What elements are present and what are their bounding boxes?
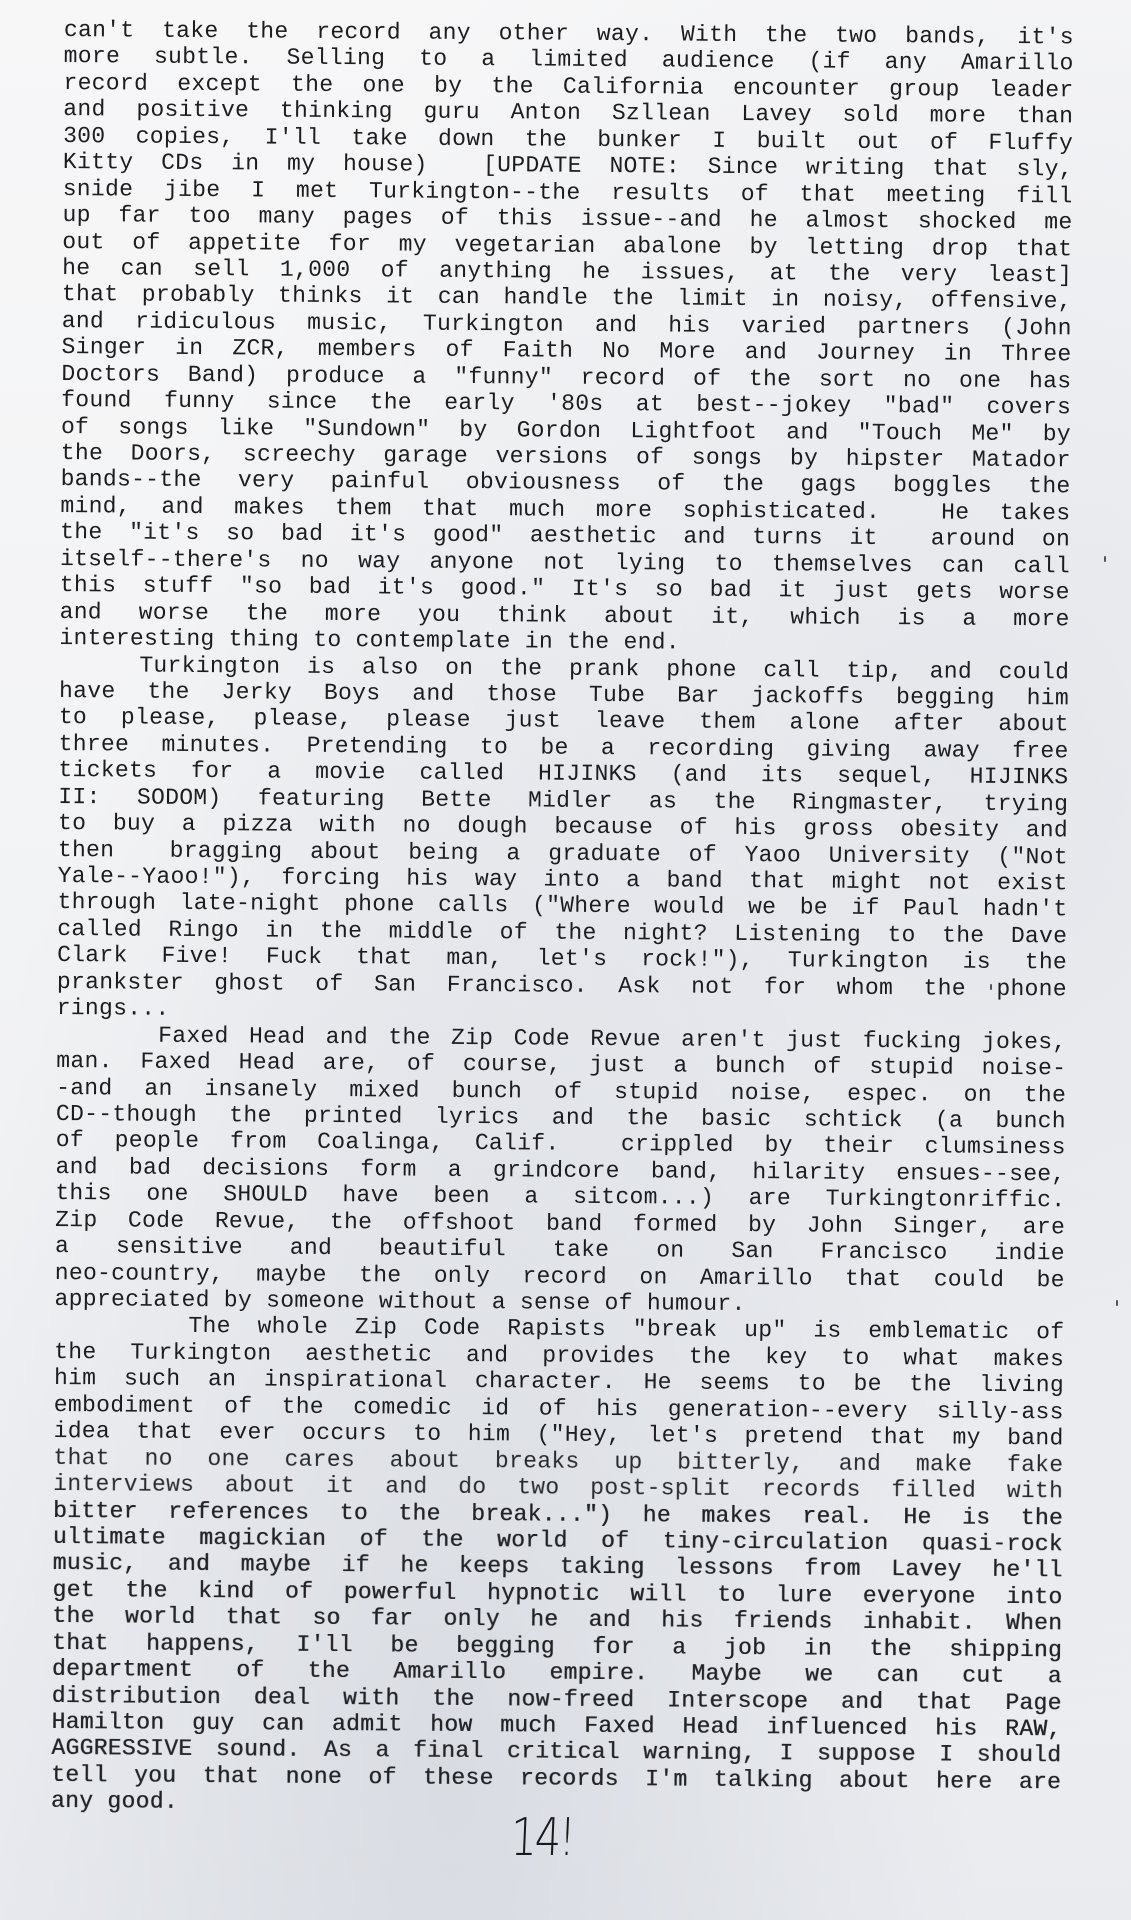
article-body: can't take the record any other way. Wit… [51, 17, 1074, 1822]
paragraph: The whole Zip Code Rapists "break up" is… [51, 1312, 1065, 1822]
paragraph: Turkington is also on the prank phone ca… [57, 651, 1070, 1029]
handwritten-page-number: 14! [509, 1808, 574, 1868]
scanned-page: can't take the record any other way. Wit… [0, 0, 1131, 1920]
stray-ink-mark [1104, 556, 1106, 562]
stray-ink-mark [990, 984, 992, 990]
paragraph: can't take the record any other way. Wit… [59, 17, 1074, 659]
stray-ink-mark [1116, 1300, 1118, 1306]
paragraph: Faxed Head and the Zip Code Revue aren't… [55, 1022, 1067, 1320]
